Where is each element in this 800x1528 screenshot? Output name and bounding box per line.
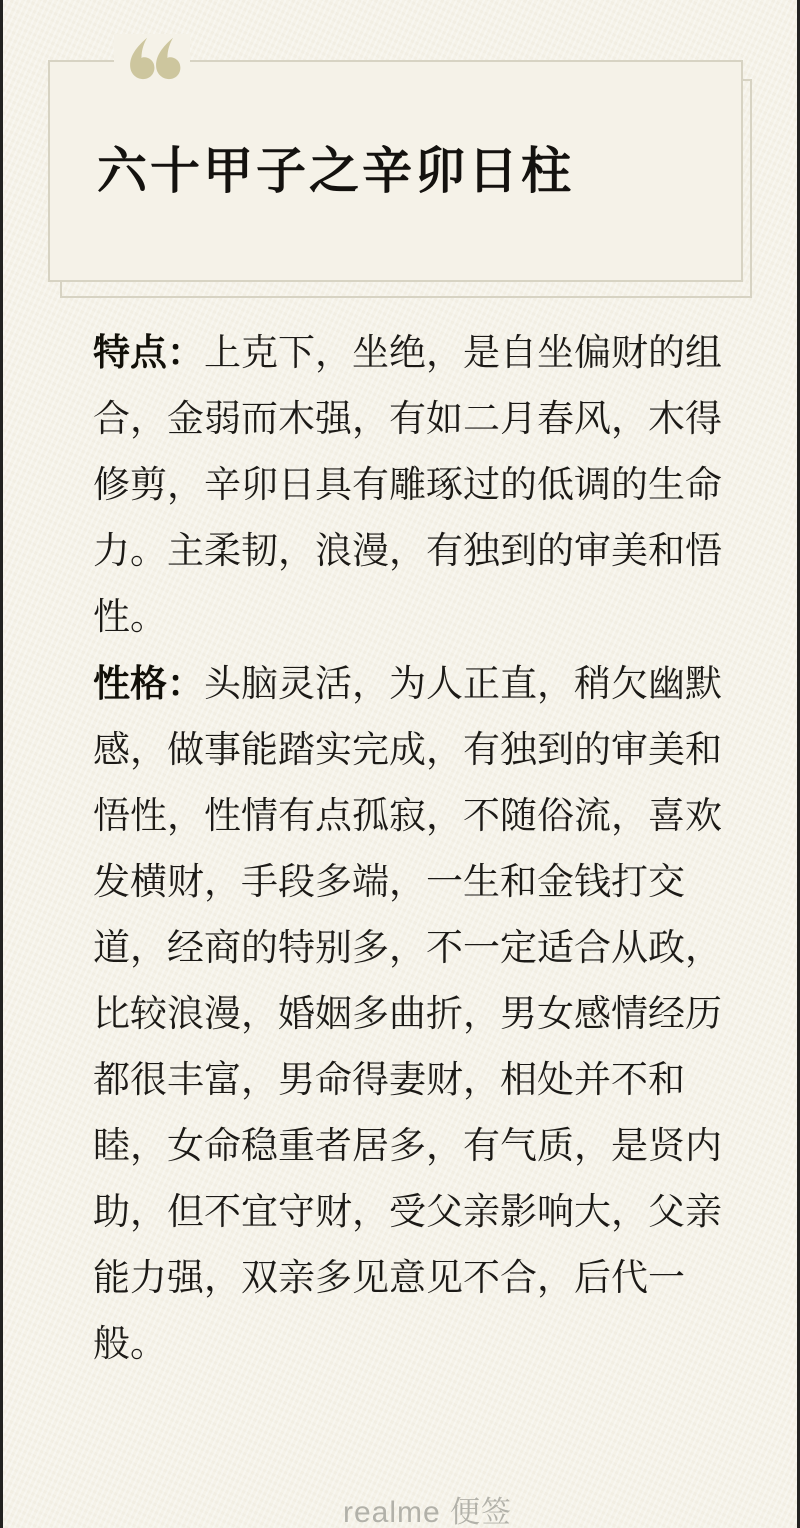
body-line: 特点：上克下，坐绝，是自坐偏财的组 (93, 319, 733, 386)
note-page: 六十甲子之辛卯日柱 特点：上克下，坐绝，是自坐偏财的组合，金弱而木强，有如二月春… (0, 0, 800, 1528)
body-line: 都很丰富，男命得妻财，相处并不和 (93, 1047, 733, 1113)
body-line: 合，金弱而木强，有如二月春风，木得 (93, 386, 733, 452)
body-line: 发横财，手段多端，一生和金钱打交 (93, 849, 733, 915)
page-title: 六十甲子之辛卯日柱 (50, 138, 574, 204)
body-paragraph: 特点：上克下，坐绝，是自坐偏财的组合，金弱而木强，有如二月春风，木得修剪，辛卯日… (93, 319, 733, 650)
body-line: 力。主柔韧，浪漫，有独到的审美和悟 (93, 518, 733, 584)
body-line: 修剪，辛卯日具有雕琢过的低调的生命 (93, 452, 733, 518)
paragraph-label: 性格： (93, 661, 204, 705)
body-line: 性。 (93, 584, 733, 650)
body-line: 比较浪漫，婚姻多曲折，男女感情经历 (93, 981, 733, 1047)
body-line: 助，但不宜守财，受父亲影响大，父亲 (93, 1179, 733, 1245)
body-line: 睦，女命稳重者居多，有气质，是贤内 (93, 1113, 733, 1179)
body-paragraph: 性格：头脑灵活，为人正直，稍欠幽默感，做事能踏实完成，有独到的审美和悟性，性情有… (93, 650, 733, 1377)
paragraph-label: 特点： (93, 330, 204, 374)
body-line: 道，经商的特别多，不一定适合从政， (93, 915, 733, 981)
body-line: 悟性，性情有点孤寂，不随俗流，喜欢 (93, 783, 733, 849)
watermark-text: realme 便签 (3, 1487, 797, 1528)
body-line: 感，做事能踏实完成，有独到的审美和 (93, 717, 733, 783)
body-line: 般。 (93, 1311, 733, 1377)
quote-box: 六十甲子之辛卯日柱 (48, 60, 743, 282)
note-body: 特点：上克下，坐绝，是自坐偏财的组合，金弱而木强，有如二月春风，木得修剪，辛卯日… (93, 319, 733, 1377)
double-quote-icon (114, 34, 190, 82)
body-line: 能力强，双亲多见意见不合，后代一 (93, 1245, 733, 1311)
body-line: 性格：头脑灵活，为人正直，稍欠幽默 (93, 650, 733, 717)
